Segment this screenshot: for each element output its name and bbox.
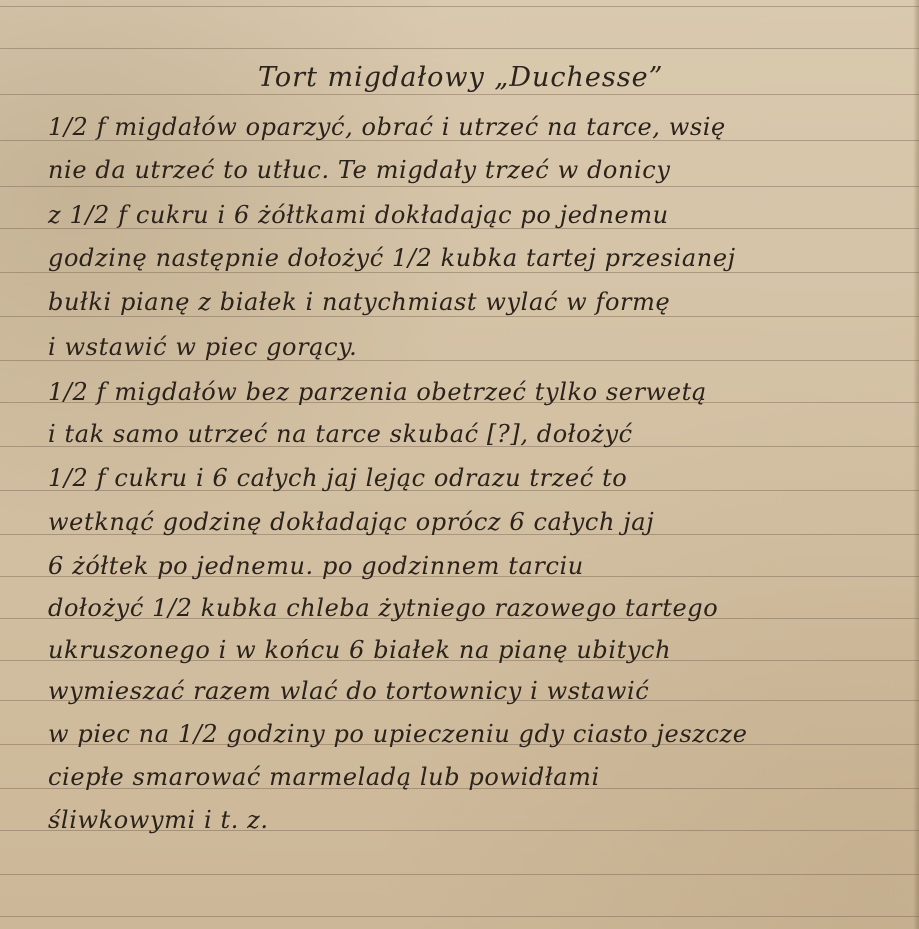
text-line: ciepłe smarować marmeladą lub powidłami — [48, 763, 600, 791]
ruled-line — [0, 94, 919, 95]
ruled-line — [0, 916, 919, 917]
text-line: w piec na 1/2 godziny po upieczeniu gdy … — [48, 720, 748, 748]
text-line: godzinę następnie dołożyć 1/2 kubka tart… — [48, 244, 736, 272]
ruled-line — [0, 272, 919, 273]
notebook-page: Tort migdałowy „Duchesse” 1/2 f migdałów… — [0, 0, 919, 929]
text-line: i wstawić w piec gorący. — [48, 333, 357, 361]
text-line: bułki pianę z białek i natychmiast wylać… — [48, 288, 670, 316]
ruled-line — [0, 874, 919, 875]
text-line: wetknąć godzinę dokładając oprócz 6 cały… — [48, 508, 654, 536]
text-line: nie da utrzeć to utłuc. Te migdały trzeć… — [48, 156, 671, 184]
text-line: wymieszać razem wlać do tortownicy i wst… — [48, 677, 649, 705]
text-line: ukruszonego i w końcu 6 białek na pianę … — [48, 636, 671, 664]
text-line: 6 żółtek po jednemu. po godzinnem tarciu — [48, 552, 584, 580]
text-line: śliwkowymi i t. z. — [48, 806, 269, 834]
recipe-title: Tort migdałowy „Duchesse” — [258, 62, 698, 93]
text-line: dołożyć 1/2 kubka chleba żytniego razowe… — [48, 594, 718, 622]
text-line: 1/2 f migdałów oparzyć, obrać i utrzeć n… — [48, 113, 726, 141]
ruled-line — [0, 316, 919, 317]
page-edge-shadow — [913, 0, 919, 929]
text-line: 1/2 f cukru i 6 całych jaj lejąc odrazu … — [48, 464, 627, 492]
text-line: i tak samo utrzeć na tarce skubać [?], d… — [48, 420, 633, 448]
text-line: z 1/2 f cukru i 6 żółtkami dokładając po… — [48, 201, 669, 229]
ruled-line — [0, 186, 919, 187]
ruled-line — [0, 48, 919, 49]
ruled-line — [0, 6, 919, 7]
text-line: 1/2 f migdałów bez parzenia obetrzeć tyl… — [48, 378, 707, 406]
